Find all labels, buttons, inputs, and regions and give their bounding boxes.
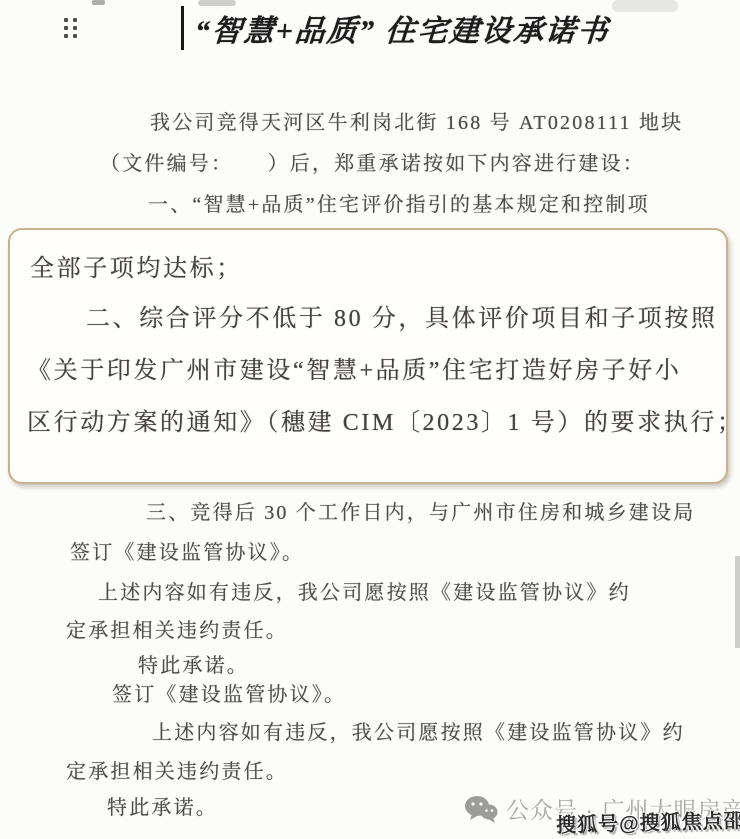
- scan-edge-artifact: [735, 556, 740, 648]
- paragraph: 签订《建设监管协议》。: [70, 536, 304, 565]
- highlight-line: 二、综合评分不低于 80 分，具体评价项目和子项按照: [86, 298, 718, 333]
- highlight-line: 全部子项均达标；: [30, 248, 243, 283]
- document-page: “智慧+品质” 住宅建设承诺书 我公司竞得天河区牛利岗北街 168 号 AT02…: [0, 0, 740, 839]
- scan-smudge: [612, 0, 678, 12]
- paragraph: 三、竞得后 30 个工作日内，与广州市住房和城乡建设局: [146, 496, 695, 525]
- paragraph: 签订《建设监管协议》。: [112, 678, 346, 707]
- paragraph: 一、“智慧+品质”住宅评价指引的基本规定和控制项: [148, 188, 650, 217]
- scan-smudge: [92, 0, 105, 5]
- wechat-icon: [464, 795, 498, 823]
- paragraph: 定承担相关违约责任。: [66, 614, 288, 643]
- title-block: “智慧+品质” 住宅建设承诺书: [181, 5, 610, 51]
- highlight-line: 区行动方案的通知》（穗建 CIM〔2023〕1 号）的要求执行；: [27, 402, 740, 437]
- title-divider: [181, 6, 184, 50]
- paragraph: 上述内容如有违反，我公司愿按照《建设监管协议》约: [152, 716, 685, 745]
- dots-grid-icon: [64, 18, 78, 39]
- paragraph: （文件编号： ）后，郑重承诺按如下内容进行建设：: [100, 147, 645, 176]
- sohu-watermark: 搜狐号@搜狐焦点邵阳站: [556, 803, 740, 838]
- paragraph: 我公司竞得天河区牛利岗北街 168 号 AT0208111 地块: [150, 106, 683, 135]
- highlight-line: 《关于印发广州市建设“智慧+品质”住宅打造好房子好小: [27, 350, 681, 385]
- paragraph: 特此承诺。: [107, 791, 218, 820]
- paragraph: 上述内容如有违反，我公司愿按照《建设监管协议》约: [98, 576, 631, 605]
- paragraph: 特此承诺。: [138, 649, 249, 678]
- highlight-box: 全部子项均达标； 二、综合评分不低于 80 分，具体评价项目和子项按照 《关于印…: [8, 228, 728, 484]
- paragraph: 定承担相关违约责任。: [66, 755, 288, 784]
- page-title: “智慧+品质” 住宅建设承诺书: [193, 6, 611, 50]
